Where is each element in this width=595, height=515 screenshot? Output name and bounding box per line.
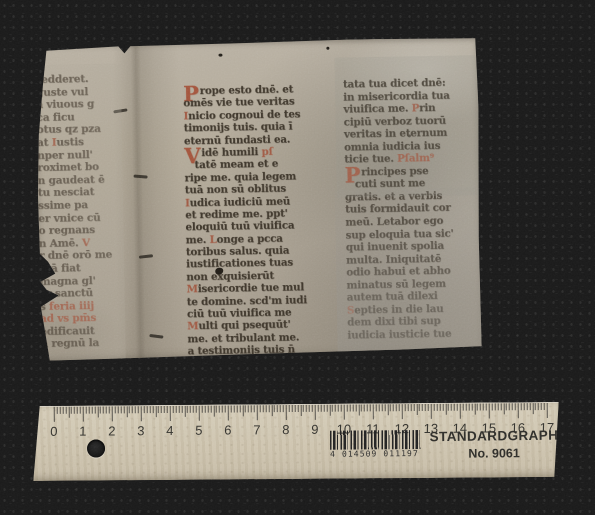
ruler-tick xyxy=(390,404,391,411)
ruler-tick xyxy=(439,404,440,411)
ruler-tick xyxy=(231,405,232,412)
ruler-tick xyxy=(271,405,272,416)
ruler-tick xyxy=(234,405,235,412)
ruler-tick xyxy=(396,404,397,411)
ruler-tick xyxy=(86,407,87,414)
ruler-number: 5 xyxy=(191,423,207,438)
ruler-tick xyxy=(115,406,116,413)
ruler-tick xyxy=(361,404,362,411)
ruler-tick xyxy=(332,405,333,412)
ruler-tick xyxy=(126,406,127,417)
ruler-tick xyxy=(468,404,469,411)
ruler-tick xyxy=(410,404,411,411)
manuscript-line: iudicia iusticie tue xyxy=(347,328,455,342)
ruler-tick xyxy=(184,406,185,417)
ruler-tick xyxy=(294,405,295,412)
ruler-tick xyxy=(399,404,400,411)
ruler-hole xyxy=(87,439,105,457)
ruler-tick xyxy=(176,406,177,413)
rubric-text: pſ xyxy=(261,146,272,158)
brand-model: No. 9061 xyxy=(426,446,562,461)
ruler-tick xyxy=(379,404,380,411)
manuscript-column-left: redderet.guste vula viuous gca ficuotus … xyxy=(36,73,114,351)
ruler-tick xyxy=(547,403,549,418)
body-text: er vnice cū xyxy=(38,211,100,224)
body-text: n gaudeat ē xyxy=(38,173,105,186)
body-text: edificauit xyxy=(40,325,94,338)
ruler-tick xyxy=(77,407,78,414)
manuscript-line: otus qz pza xyxy=(37,123,110,137)
ruler-tick xyxy=(364,404,365,411)
ruler-tick xyxy=(448,404,449,411)
ruler-tick xyxy=(457,404,458,411)
barcode-digits: 4 014509 011197 xyxy=(330,449,424,459)
ruler-tick xyxy=(292,405,293,412)
ruler-tick xyxy=(254,405,255,412)
ruler-tick xyxy=(489,403,491,418)
ruler-tick xyxy=(239,405,240,412)
ruler-tick xyxy=(416,404,417,415)
body-text: er sanctū xyxy=(40,287,93,300)
body-text: veritas in eternum xyxy=(344,127,447,141)
ruler-tick xyxy=(147,406,148,413)
rubric-text: V xyxy=(82,237,90,249)
ruler-tick xyxy=(62,407,63,414)
ruler-number: 2 xyxy=(104,423,120,438)
ruler-tick xyxy=(103,406,104,413)
ruler-tick xyxy=(350,405,351,412)
ruler-tick xyxy=(109,406,110,413)
ruler-tick xyxy=(486,403,487,410)
ruler-tick xyxy=(181,406,182,413)
body-text: rin xyxy=(419,102,435,114)
brand-name: STANDARDGRAPH xyxy=(426,428,562,445)
ruler-tick xyxy=(477,404,478,411)
manuscript-line: r dnē orō me xyxy=(39,249,112,263)
ruler-tick xyxy=(512,403,513,410)
ruler-tick xyxy=(303,405,304,412)
ruler-tick xyxy=(309,405,310,412)
ruler-tick xyxy=(216,406,217,413)
ruler-tick xyxy=(54,407,56,422)
body-text: s xyxy=(40,300,49,312)
ruler-tick xyxy=(129,406,130,413)
manuscript-column-middle: Prope esto dnē. etomēs vie tue veritasIn… xyxy=(183,83,308,358)
ruler-tick xyxy=(326,405,327,412)
manuscript-line: er vnice cū xyxy=(38,211,111,225)
ruler-tick xyxy=(225,406,226,413)
ruler-tick xyxy=(376,404,377,411)
ruler-tick xyxy=(283,405,284,412)
ruler-tick xyxy=(402,404,404,419)
ruler-tick xyxy=(170,406,172,421)
photo-stage: redderet.guste vula viuous gca ficuotus … xyxy=(0,0,595,515)
ruler-tick xyxy=(178,406,179,413)
ruler-tick xyxy=(222,406,223,413)
brand-block: STANDARDGRAPH No. 9061 xyxy=(426,428,562,461)
ruler-tick xyxy=(509,403,510,410)
ruler-tick xyxy=(236,405,237,412)
ruler-tick xyxy=(89,407,90,414)
ruler-tick xyxy=(193,406,194,413)
body-text: idē humili xyxy=(201,146,261,159)
body-text: o regnans xyxy=(38,224,95,237)
ruler-tick xyxy=(445,404,446,415)
ruler-tick xyxy=(94,407,95,414)
ruler-tick xyxy=(329,405,330,416)
ruler-tick xyxy=(245,405,246,412)
ruler-number: 8 xyxy=(278,422,294,437)
ruler-tick xyxy=(312,405,313,412)
ruler-tick xyxy=(323,405,324,412)
ruler-tick xyxy=(251,405,252,412)
ruler-tick xyxy=(529,403,530,410)
ruler-tick xyxy=(118,406,119,413)
ruler-tick xyxy=(428,404,429,411)
ruler-tick xyxy=(506,403,507,410)
body-text: a testimonijs tuis n̄ xyxy=(188,344,296,358)
ruler-tick xyxy=(205,406,206,413)
body-text: ulti qui psequūt' xyxy=(198,319,290,333)
ruler-tick xyxy=(260,405,261,412)
manuscript-line: eternū fundasti ea. xyxy=(184,133,304,147)
ruler-tick xyxy=(532,403,533,414)
ruler-tick xyxy=(219,406,220,413)
stitch-mark xyxy=(149,334,163,339)
ruler-number: 4 xyxy=(162,423,178,438)
rubric-text: ad vs pm̄s xyxy=(40,312,96,325)
body-text: erā fiat xyxy=(39,262,80,275)
body-text: guste vul xyxy=(36,86,88,99)
ruler-tick xyxy=(431,404,433,419)
ruler-tick xyxy=(106,406,107,413)
ruler-tick xyxy=(466,404,467,411)
ruler-tick xyxy=(503,403,504,414)
ruler-tick xyxy=(492,403,493,410)
ruler-tick xyxy=(280,405,281,412)
ruler-tick xyxy=(60,407,61,414)
rubric-text: feria iiij xyxy=(49,300,94,313)
body-text: at xyxy=(37,137,52,149)
ruler-tick xyxy=(341,405,342,412)
ruler-tick xyxy=(454,404,455,411)
ruler-tick xyxy=(538,403,539,410)
ruler-tick xyxy=(277,405,278,412)
ruler-tick xyxy=(521,403,522,410)
ruler-tick xyxy=(210,406,211,413)
ruler-tick xyxy=(187,406,188,413)
ruler-tick xyxy=(442,404,443,411)
wormhole xyxy=(326,47,329,50)
ruler-tick xyxy=(344,405,346,420)
body-text: a viuous g xyxy=(36,98,94,111)
ruler-tick xyxy=(132,406,133,413)
ruler-tick xyxy=(144,406,145,413)
ruler-tick xyxy=(65,407,66,414)
ruler-number: 6 xyxy=(220,422,236,437)
ruler-tick xyxy=(242,405,243,416)
ruler-number: 9 xyxy=(307,422,323,437)
body-text: r dnē orō me xyxy=(39,249,112,262)
ruler-tick xyxy=(173,406,174,413)
body-text: tatē meam et e xyxy=(184,158,278,172)
ruler-tick xyxy=(434,404,435,411)
ruler-tick xyxy=(71,407,72,414)
ruler-tick xyxy=(199,406,201,421)
ruler-tick xyxy=(425,404,426,411)
ruler-tick xyxy=(367,404,368,411)
barcode-bars xyxy=(330,430,422,450)
manuscript-line: eloquiū tuū viuifica xyxy=(185,219,305,233)
body-text: redderet. xyxy=(36,73,89,86)
ruler-tick xyxy=(483,404,484,411)
ruler-tick xyxy=(393,404,394,411)
ruler-tick xyxy=(57,407,58,414)
rubric-text: M xyxy=(187,320,198,332)
ruler: 01234567891011121314151617 4 014509 0111… xyxy=(28,402,561,481)
ruler-tick xyxy=(248,405,249,412)
ruler-tick xyxy=(338,405,339,412)
body-text: otus qz pza xyxy=(37,123,101,136)
ruler-tick xyxy=(381,404,382,411)
barcode: 4 014509 011197 xyxy=(330,430,424,459)
ruler-tick xyxy=(152,406,153,413)
ruler-tick xyxy=(347,405,348,412)
body-text: ustis xyxy=(56,136,84,148)
ruler-tick xyxy=(97,407,98,418)
ruler-tick xyxy=(471,404,472,411)
body-text: tata tua dicet dnē: xyxy=(343,77,446,91)
ruler-tick xyxy=(213,406,214,417)
ruler-tick xyxy=(274,405,275,412)
ruler-tick xyxy=(286,405,288,420)
ruler-tick xyxy=(318,405,319,412)
ruler-tick xyxy=(149,406,150,413)
ruler-tick xyxy=(495,403,496,410)
ruler-tick xyxy=(190,406,191,413)
body-text: onge a pcca xyxy=(216,232,282,245)
body-text: rincipes pse xyxy=(361,165,428,178)
ruler-tick xyxy=(306,405,307,412)
ruler-tick xyxy=(202,406,203,413)
ruler-tick xyxy=(141,406,143,421)
ruler-tick xyxy=(120,406,121,413)
ruler-tick xyxy=(155,406,156,417)
ruler-tick xyxy=(480,404,481,411)
ruler-tick xyxy=(74,407,75,414)
body-text: me. xyxy=(186,234,210,246)
ruler-tick xyxy=(518,403,520,418)
ruler-tick xyxy=(161,406,162,413)
ruler-tick xyxy=(228,406,230,421)
ruler-tick xyxy=(263,405,264,412)
ruler-tick xyxy=(321,405,322,412)
manuscript-fragment: redderet.guste vula viuous gca ficuotus … xyxy=(34,37,483,361)
ruler-tick xyxy=(138,406,139,413)
ruler-tick xyxy=(497,403,498,410)
ruler-tick xyxy=(123,406,124,413)
ruler-tick xyxy=(112,406,114,421)
body-text: iustificationes tuas xyxy=(186,257,293,271)
body-text: roximet bo xyxy=(37,161,99,174)
body-text: ssime pa xyxy=(38,199,88,212)
rubric-text: Pſalm⁹ xyxy=(397,152,434,165)
body-text: autem tuā dilexi xyxy=(347,290,438,304)
body-text: n Amē. xyxy=(39,237,82,250)
body-text: qui inuenit spolia xyxy=(346,240,444,254)
ruler-tick xyxy=(373,404,375,419)
body-text: dem dixi tibi sup xyxy=(347,315,441,329)
stitch-mark xyxy=(139,254,153,258)
ruler-tick xyxy=(408,404,409,411)
body-text: ca ficu xyxy=(36,111,74,124)
ruler-tick xyxy=(158,406,159,413)
ruler-tick xyxy=(463,404,464,411)
ruler-tick xyxy=(315,405,317,420)
ruler-tick xyxy=(257,405,259,420)
ruler-tick xyxy=(413,404,414,411)
ruler-tick xyxy=(474,404,475,415)
ruler-tick xyxy=(524,403,525,410)
body-text: magna gl' xyxy=(39,274,95,287)
ruler-tick xyxy=(268,405,269,412)
manuscript-line: a testimonijs tuis n̄ xyxy=(188,343,308,357)
ruler-tick xyxy=(91,407,92,414)
manuscript-line: n gaudeat ē xyxy=(38,173,111,187)
ruler-tick xyxy=(544,403,545,410)
stitch-mark xyxy=(113,108,127,113)
body-text: cuti sunt me xyxy=(345,177,426,190)
ruler-tick xyxy=(419,404,420,411)
ruler-tick xyxy=(297,405,298,412)
ruler-tick xyxy=(289,405,290,412)
ruler-number: 3 xyxy=(133,423,149,438)
body-text: nper null' xyxy=(37,148,93,161)
ruler-tick xyxy=(500,403,501,410)
ruler-tick xyxy=(100,407,101,414)
manuscript-line: iustificationes tuas xyxy=(186,257,306,271)
ruler-tick xyxy=(355,405,356,412)
body-text: tu nesciat xyxy=(38,186,95,199)
ruler-number: 7 xyxy=(249,422,265,437)
body-text: tuis formidauit cor xyxy=(345,202,451,216)
ruler-tick xyxy=(526,403,527,410)
rubric-text: M xyxy=(186,283,197,295)
ruler-tick xyxy=(460,404,462,419)
ruler-tick xyxy=(352,405,353,412)
ruler-tick xyxy=(370,404,371,411)
body-text: viuifica me. xyxy=(343,102,411,115)
ruler-tick xyxy=(384,404,385,411)
body-text: n regnū la xyxy=(40,337,99,350)
wormhole xyxy=(218,54,222,57)
body-text: meū. Letabor ego xyxy=(345,215,443,229)
ruler-number: 0 xyxy=(46,424,62,439)
ruler-tick xyxy=(68,407,69,418)
ruler-tick xyxy=(135,406,136,413)
ruler-tick xyxy=(451,404,452,411)
ruler-tick xyxy=(80,407,81,414)
ruler-tick xyxy=(541,403,542,410)
ruler-tick xyxy=(422,404,423,411)
manuscript-line: n regnū la xyxy=(40,337,113,351)
ruler-tick xyxy=(164,406,165,413)
ruler-tick xyxy=(265,405,266,412)
ruler-tick xyxy=(535,403,536,410)
body-text: odio habui et abho xyxy=(346,265,450,279)
ruler-tick xyxy=(207,406,208,413)
ruler-tick xyxy=(387,404,388,415)
ruler-tick xyxy=(300,405,301,416)
ruler-number: 1 xyxy=(75,424,91,439)
manuscript-column-right: tata tua dicet dnē:in misericordia tuavi… xyxy=(343,77,455,342)
ruler-tick xyxy=(405,404,406,411)
ruler-tick xyxy=(335,405,336,412)
ruler-tick xyxy=(196,406,197,413)
body-text: iudicia iusticie tue xyxy=(347,328,451,342)
ruler-tick xyxy=(437,404,438,411)
fold-crease xyxy=(130,43,146,359)
ruler-tick xyxy=(515,403,516,410)
ruler-tick xyxy=(167,406,168,413)
ruler-tick xyxy=(358,404,359,415)
ruler-tick xyxy=(83,407,85,422)
